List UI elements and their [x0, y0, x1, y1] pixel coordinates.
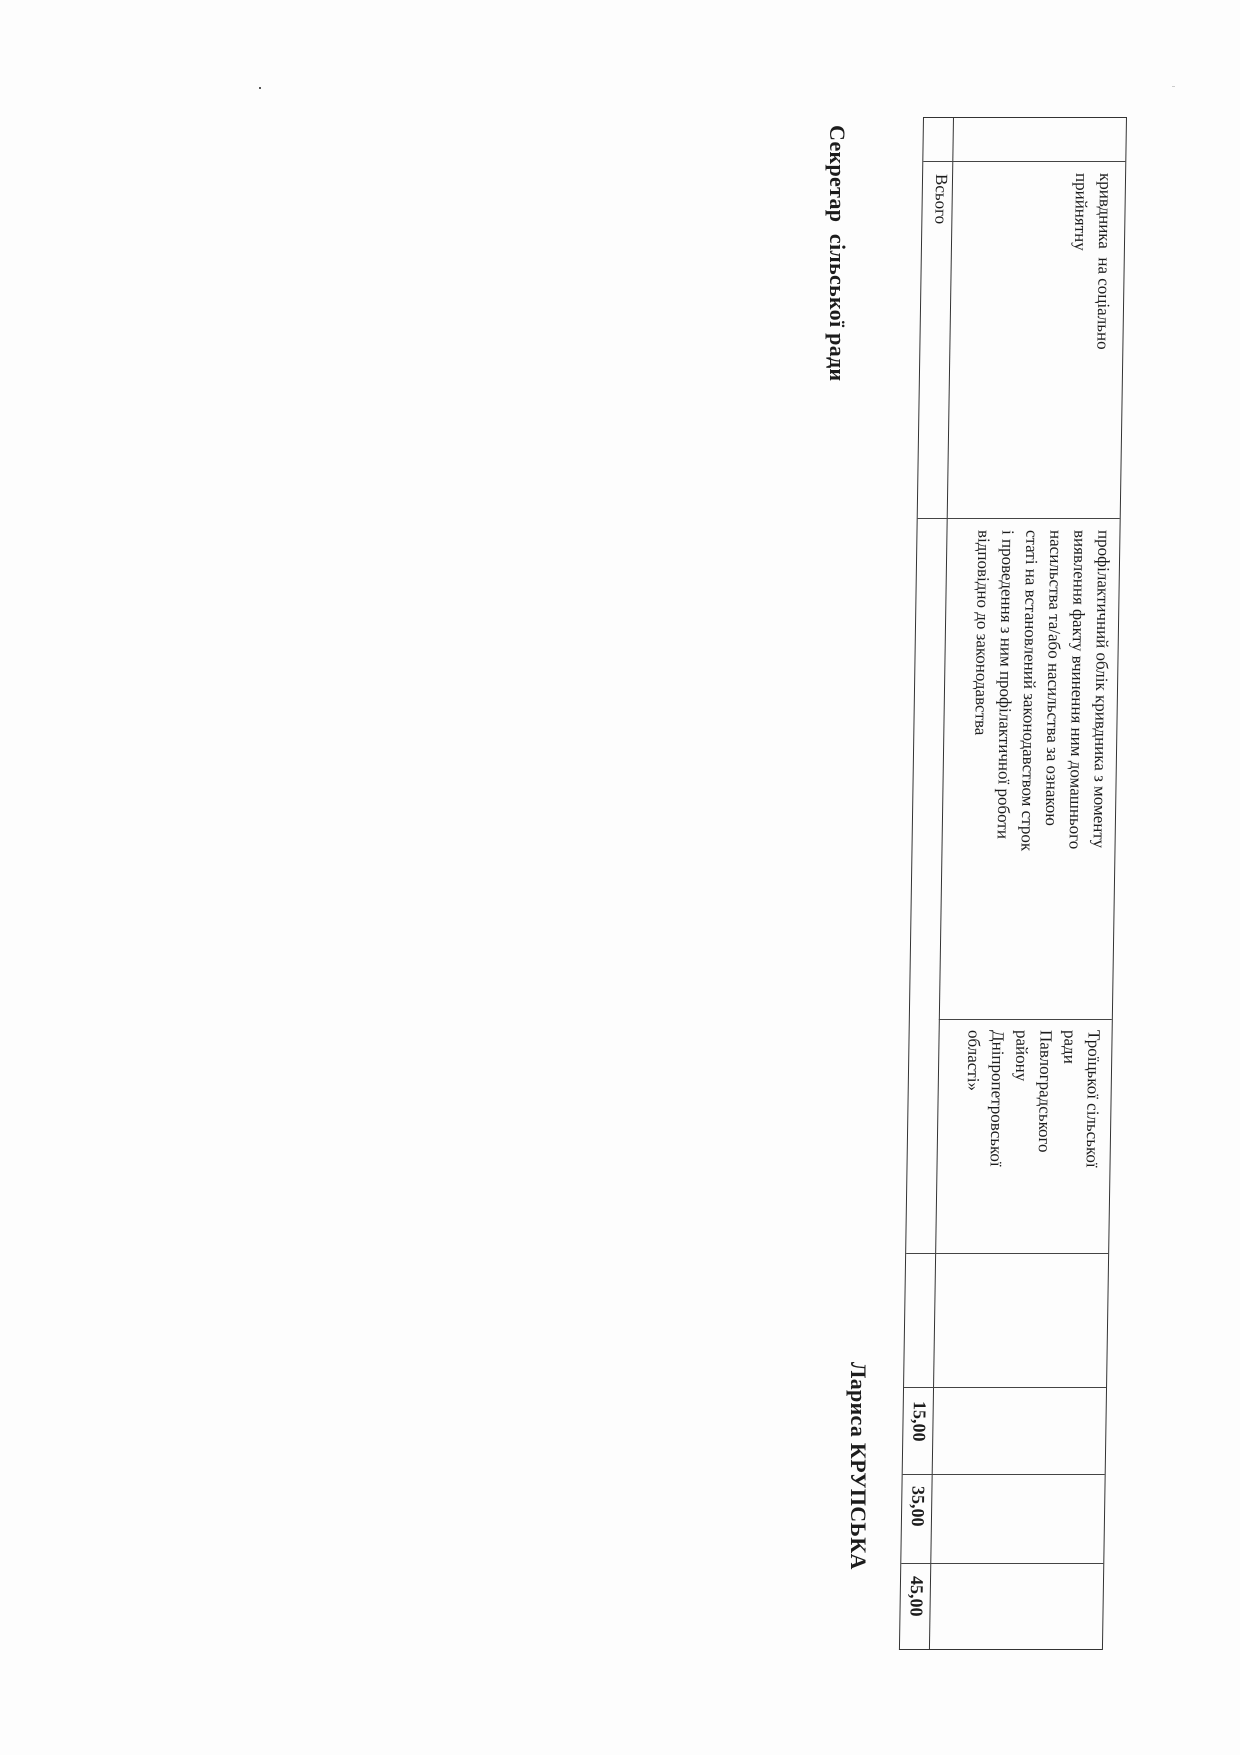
cell-executor: Троїцької сільської ради Павлоградського… — [959, 1030, 1105, 1168]
total-value-3: 45,00 — [904, 1576, 929, 1617]
cell-offender-description: кривдника на соціально прийнятну — [1066, 173, 1117, 350]
column-divider — [906, 1253, 1108, 1254]
scan-speck — [1172, 86, 1175, 87]
total-label: Всього — [928, 174, 953, 224]
signatory-position: Секретар сільської ради — [824, 125, 850, 381]
column-divider — [923, 161, 1125, 162]
column-divider — [939, 1019, 1112, 1020]
cell-measure-description: профілактичний облік кривдника з моменту… — [966, 530, 1115, 851]
column-divider — [903, 1474, 1105, 1475]
row-divider — [929, 118, 954, 1649]
data-table: кривдника на соціально прийнятну профіла… — [899, 117, 1127, 1650]
total-value-1: 15,00 — [907, 1401, 932, 1442]
column-divider — [904, 1387, 1106, 1388]
scan-speck — [259, 87, 261, 89]
column-divider — [918, 518, 1120, 519]
total-value-2: 35,00 — [906, 1486, 931, 1527]
signatory-name: Лариса КРУПСЬКА — [845, 1362, 871, 1570]
column-divider — [901, 1563, 1103, 1564]
